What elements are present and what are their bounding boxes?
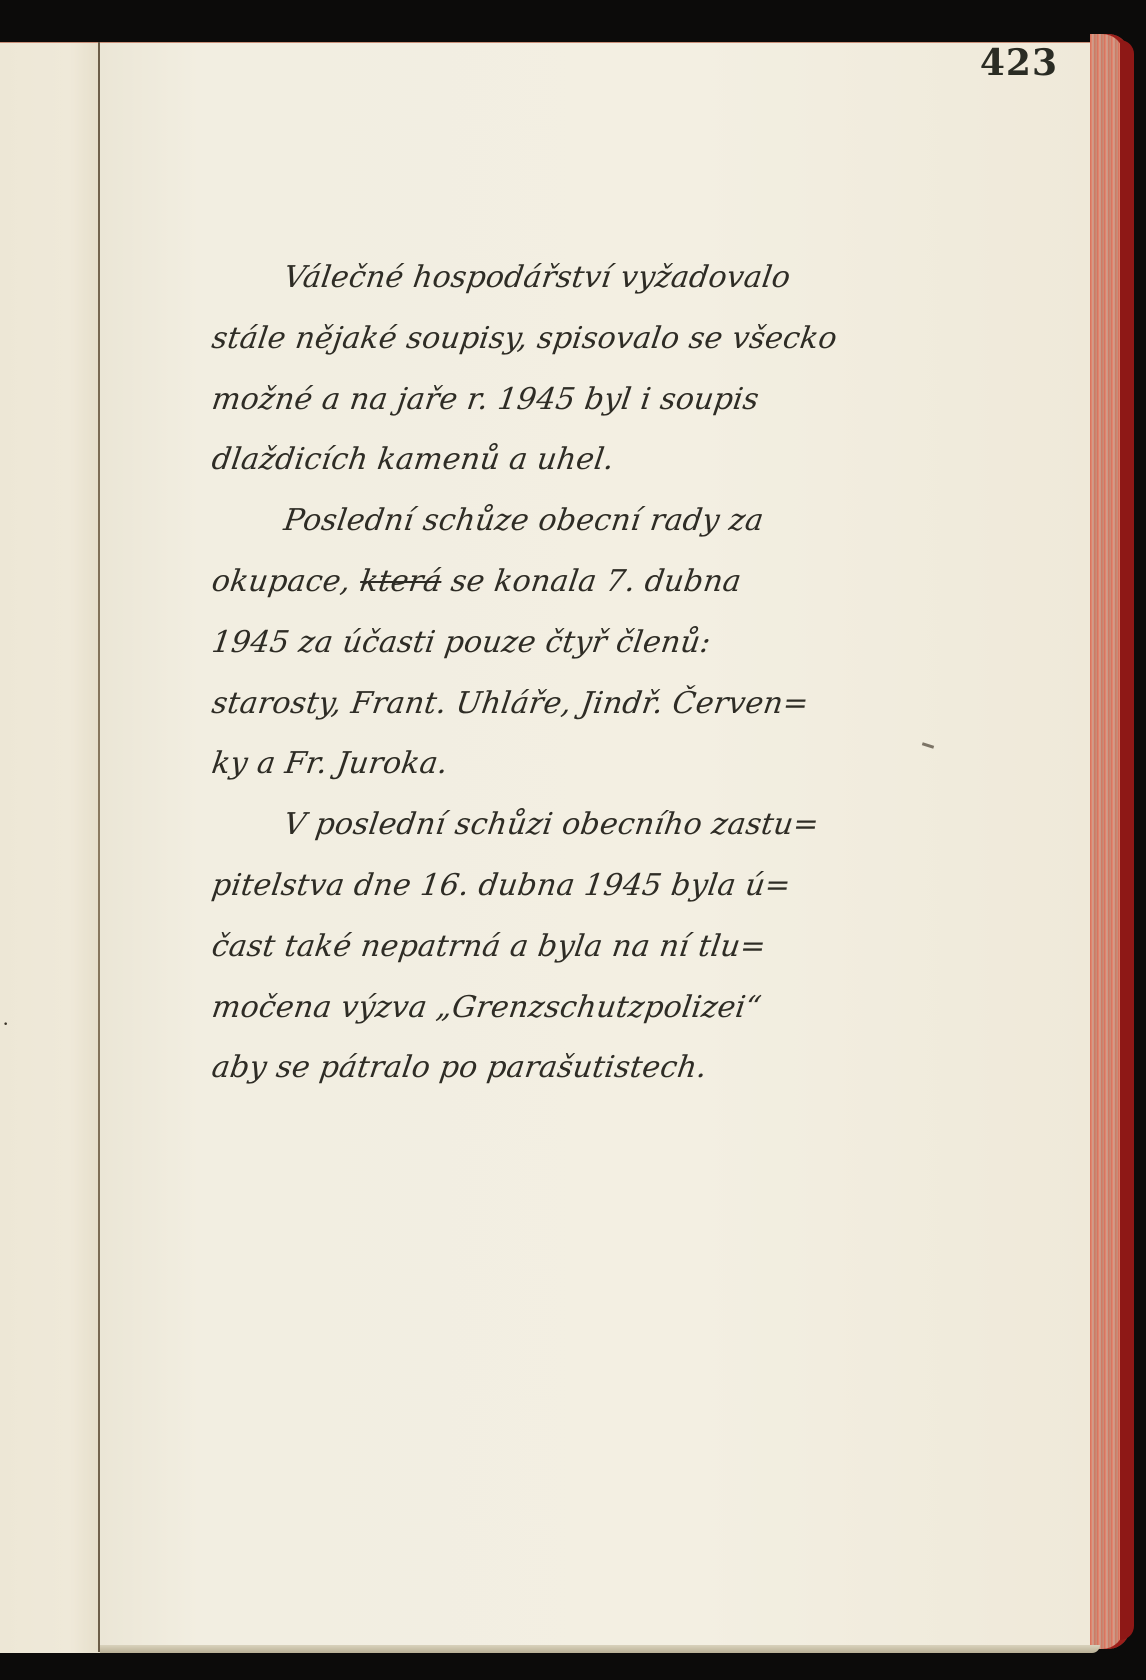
- text-line: močena výzva „Grenzschutzpolizei“: [208, 978, 857, 1039]
- text-line: možné a na jaře r. 1945 byl i soupis: [208, 370, 857, 431]
- text-line: Poslední schůze obecní rady za: [208, 491, 857, 552]
- paragraph-3: V poslední schůzi obecního zastu= pitels…: [212, 795, 852, 1099]
- struck-word: která: [358, 564, 444, 599]
- text-line: V poslední schůzi obecního zastu=: [208, 795, 857, 856]
- page-block-bottom-edge: [100, 1645, 1100, 1653]
- text-line: ky a Fr. Juroka.: [208, 734, 857, 795]
- left-page-ink-mark: ·: [2, 1011, 9, 1037]
- text-line: Válečné hospodářství vyžadovalo: [208, 248, 857, 309]
- left-page-edge: ·: [0, 42, 100, 1653]
- handwritten-text: Válečné hospodářství vyžadovalo stále ně…: [212, 248, 852, 1099]
- page-number: 423: [980, 42, 1058, 84]
- open-book: · 423 Válečné hospodářství vyžadovalo st…: [0, 0, 1146, 1680]
- text-segment: okupace,: [210, 564, 363, 599]
- text-line: stále nějaké soupisy, spisovalo se všeck…: [208, 309, 857, 370]
- text-line: pitelstva dne 16. dubna 1945 byla ú=: [208, 856, 857, 917]
- book-cover-edge: [1120, 40, 1134, 1640]
- text-line: čast také nepatrná a byla na ní tlu=: [208, 917, 857, 978]
- text-line: starosty, Frant. Uhláře, Jindř. Červen=: [208, 674, 857, 735]
- paragraph-2: Poslední schůze obecní rady za okupace, …: [212, 491, 852, 795]
- text-line: okupace, která se konala 7. dubna: [208, 552, 857, 613]
- paragraph-1: Válečné hospodářství vyžadovalo stále ně…: [212, 248, 852, 491]
- text-line: 1945 za účasti pouze čtyř členů:: [208, 613, 857, 674]
- text-line: aby se pátralo po parašutistech.: [208, 1038, 857, 1099]
- text-line: dlaždicích kamenů a uhel.: [208, 430, 857, 491]
- text-segment: se konala 7. dubna: [439, 564, 744, 599]
